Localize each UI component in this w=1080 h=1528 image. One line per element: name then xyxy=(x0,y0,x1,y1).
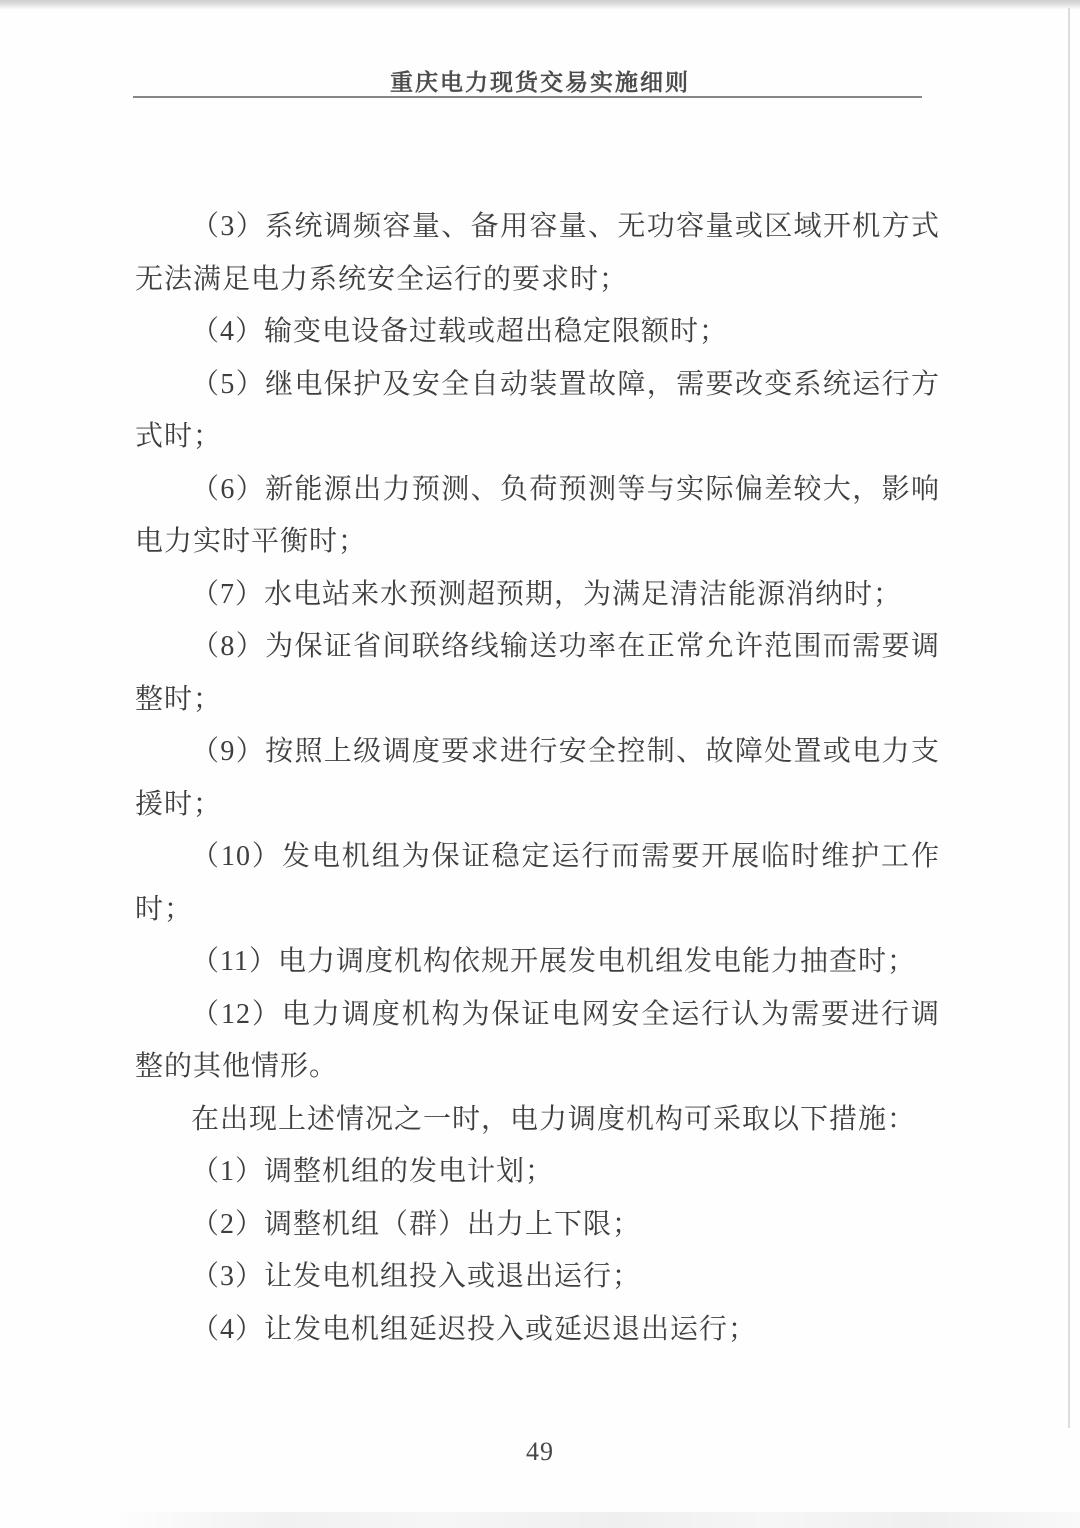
measure-item-2: （2）调整机组（群）出力上下限； xyxy=(135,1199,940,1252)
document-header-title: 重庆电力现货交易实施细则 xyxy=(0,64,1080,97)
measure-item-4: （4）让发电机组延迟投入或延迟退出运行； xyxy=(135,1304,940,1357)
condition-item-8: （8）为保证省间联络线输送功率在正常允许范围而需要调整时； xyxy=(135,621,940,726)
condition-item-10: （10）发电机组为保证稳定运行而需要开展临时维护工作时； xyxy=(135,831,940,936)
condition-item-7: （7）水电站来水预测超预期，为满足清洁能源消纳时； xyxy=(135,569,940,622)
condition-item-6: （6）新能源出力预测、负荷预测等与实际偏差较大，影响电力实时平衡时； xyxy=(135,464,940,569)
scan-right-edge-artifact xyxy=(1068,8,1070,1428)
body-text-block: （3）系统调频容量、备用容量、无功容量或区域开机方式无法满足电力系统安全运行的要… xyxy=(135,201,940,1356)
measure-item-1: （1）调整机组的发电计划； xyxy=(135,1146,940,1199)
condition-item-4: （4）输变电设备过载或超出稳定限额时； xyxy=(135,306,940,359)
condition-item-11: （11）电力调度机构依规开展发电机组发电能力抽查时； xyxy=(135,936,940,989)
condition-item-5: （5）继电保护及安全自动装置故障，需要改变系统运行方式时； xyxy=(135,359,940,464)
header-divider-rule xyxy=(133,96,922,98)
condition-item-12: （12）电力调度机构为保证电网安全运行认为需要进行调整的其他情形。 xyxy=(135,989,940,1094)
measure-item-3: （3）让发电机组投入或退出运行； xyxy=(135,1251,940,1304)
scan-top-edge-artifact xyxy=(0,0,1080,10)
page-number: 49 xyxy=(0,1437,1080,1467)
document-page: 重庆电力现货交易实施细则 （3）系统调频容量、备用容量、无功容量或区域开机方式无… xyxy=(0,0,1080,1528)
measures-intro-paragraph: 在出现上述情况之一时，电力调度机构可采取以下措施： xyxy=(135,1094,940,1147)
condition-item-3: （3）系统调频容量、备用容量、无功容量或区域开机方式无法满足电力系统安全运行的要… xyxy=(135,201,940,306)
scan-bottom-edge-artifact xyxy=(110,1512,1080,1528)
condition-item-9: （9）按照上级调度要求进行安全控制、故障处置或电力支援时； xyxy=(135,726,940,831)
